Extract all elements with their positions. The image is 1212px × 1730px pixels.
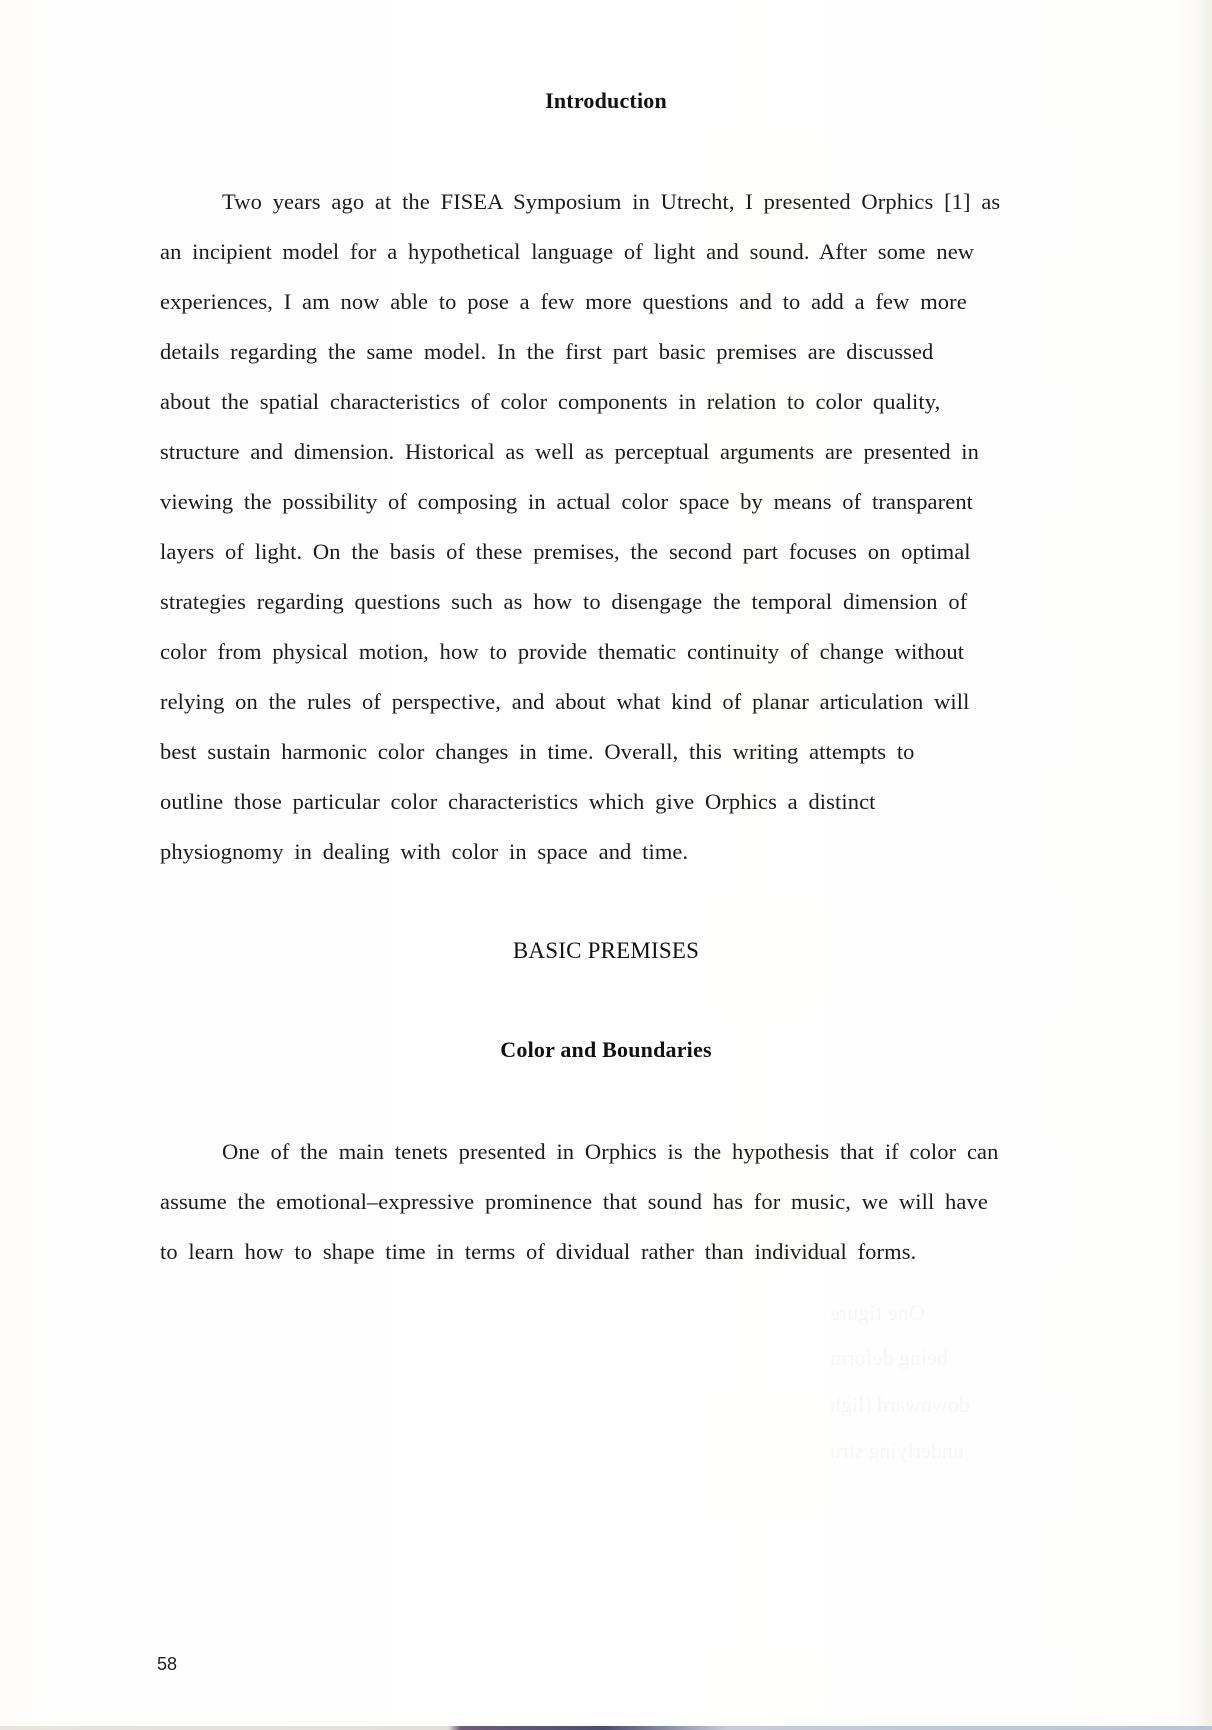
paragraph-line: color from physical motion, how to provi… [160,627,1130,677]
paragraph-line: best sustain harmonic color changes in t… [160,727,1130,777]
show-through-line: being deform [830,1345,948,1371]
page-edge-shadow [1200,0,1212,1730]
paragraph-line: strategies regarding questions such as h… [160,577,1130,627]
reverse-side-show-through: underlying stru [830,1438,964,1464]
paragraph-line: about the spatial characteristics of col… [160,377,1130,427]
scan-bottom-edge [0,1726,1212,1730]
reverse-side-show-through: being deform [830,1345,948,1371]
subsection-heading-color-and-boundaries: Color and Boundaries [0,1037,1212,1063]
paragraph-line: relying on the rules of perspective, and… [160,677,1130,727]
paragraph-line: Two years ago at the FISEA Symposium in … [160,177,1130,227]
show-through-line: One figure [830,1300,925,1326]
paragraph-line: structure and dimension. Historical as w… [160,427,1130,477]
paragraph-line: experiences, I am now able to pose a few… [160,277,1130,327]
paragraph-line: physiognomy in dealing with color in spa… [160,827,1130,877]
color-boundaries-paragraph: One of the main tenets presented in Orph… [160,1127,1130,1277]
document-page: One figure being deform downward (ligh u… [0,0,1212,1730]
show-through-line: underlying stru [830,1438,964,1464]
introduction-paragraph: Two years ago at the FISEA Symposium in … [160,177,1130,877]
paragraph-line: assume the emotional–expressive prominen… [160,1177,1130,1227]
paragraph-line: outline those particular color character… [160,777,1130,827]
reverse-side-show-through: One figure [830,1300,925,1326]
paragraph-line: details regarding the same model. In the… [160,327,1130,377]
page-number: 58 [157,1654,177,1675]
reverse-side-show-through: downward (ligh [830,1392,970,1418]
paragraph-line: viewing the possibility of composing in … [160,477,1130,527]
paragraph-line: layers of light. On the basis of these p… [160,527,1130,577]
show-through-line: downward (ligh [830,1392,970,1418]
paragraph-line: One of the main tenets presented in Orph… [160,1127,1130,1177]
paragraph-line: to learn how to shape time in terms of d… [160,1227,1130,1277]
section-heading-introduction: Introduction [0,88,1212,114]
section-heading-basic-premises: BASIC PREMISES [0,938,1212,964]
paragraph-line: an incipient model for a hypothetical la… [160,227,1130,277]
